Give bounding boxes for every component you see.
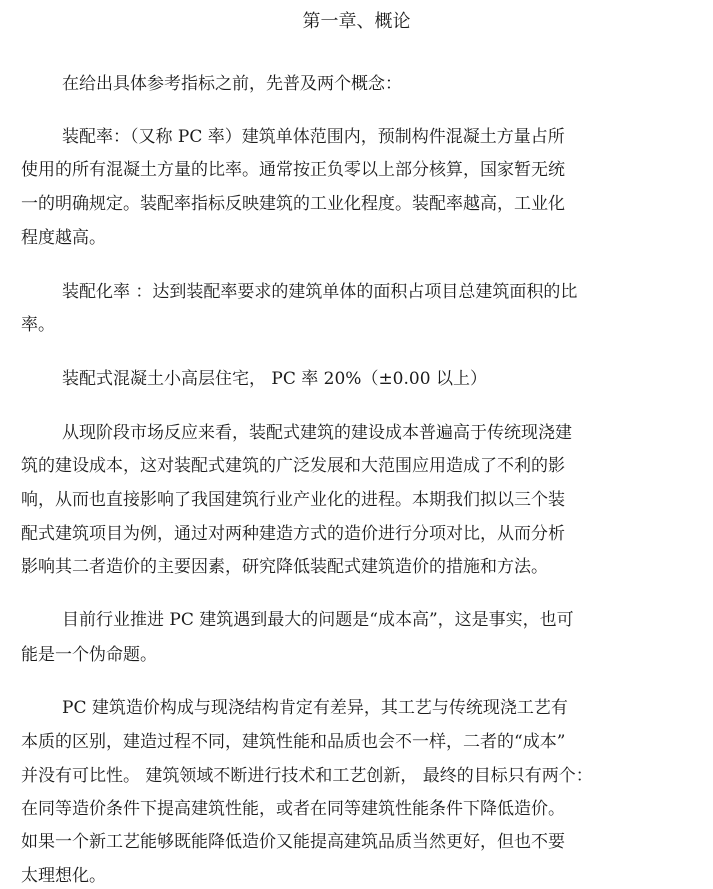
text-line: 从现阶段市场反应来看，装配式建筑的建设成本普遍高于传统现浇建 — [62, 422, 572, 444]
text-line: 影响其二者造价的主要因素，研究降低装配式建筑造价的措施和方法。 — [21, 556, 548, 578]
text-line: 装配率：（又称 PC 率）建筑单体范围内，预制构件混凝土方量占所 — [62, 126, 565, 148]
text-line: 装配化率 ：达到装配率要求的建筑单体的面积占项目总建筑面积的比 — [62, 281, 577, 303]
text-line: 能是一个伪命题。 — [21, 644, 157, 666]
text-line: 响，从而也直接影响了我国建筑行业产业化的进程。本期我们拟以三个装 — [21, 489, 565, 511]
text-line: 太理想化。 — [21, 865, 106, 887]
text-line: 筑的建设成本，这对装配式建筑的广泛发展和大范围应用造成了不利的影 — [21, 455, 565, 477]
text-line: 在同等造价条件下提高建筑性能，或者在同等建筑性能条件下降低造价。 — [21, 798, 565, 820]
text-line: 程度越高。 — [21, 227, 106, 249]
text-line: 装配式混凝土小高层住宅， PC 率 20%（±0.00 以上） — [62, 368, 487, 390]
text-line: 率。 — [21, 314, 55, 336]
text-line: 本质的区别，建造过程不同，建筑性能和品质也会不一样，二者的“成本” — [21, 731, 565, 753]
text-line: 使用的所有混凝土方量的比率。通常按正负零以上部分核算，国家暂无统 — [21, 159, 565, 181]
chapter-title: 第一章、概论 — [0, 11, 713, 33]
text-line: 目前行业推进 PC 建筑遇到最大的问题是“成本高”，这是事实，也可 — [62, 609, 574, 631]
text-line: 一的明确规定。装配率指标反映建筑的工业化程度。装配率越高，工业化 — [21, 193, 565, 215]
text-line: 配式建筑项目为例，通过对两种建造方式的造价进行分项对比，从而分析 — [21, 523, 565, 545]
text-line: PC 建筑造价构成与现浇结构肯定有差异，其工艺与传统现浇工艺有 — [62, 697, 568, 719]
text-line: 在给出具体参考指标之前，先普及两个概念： — [62, 73, 402, 95]
text-line: 如果一个新工艺能够既能降低造价又能提高建筑品质当然更好，但也不要 — [21, 831, 565, 853]
text-line: 并没有可比性。 建筑领域不断进行技术和工艺创新， 最终的目标只有两个： — [21, 765, 593, 787]
